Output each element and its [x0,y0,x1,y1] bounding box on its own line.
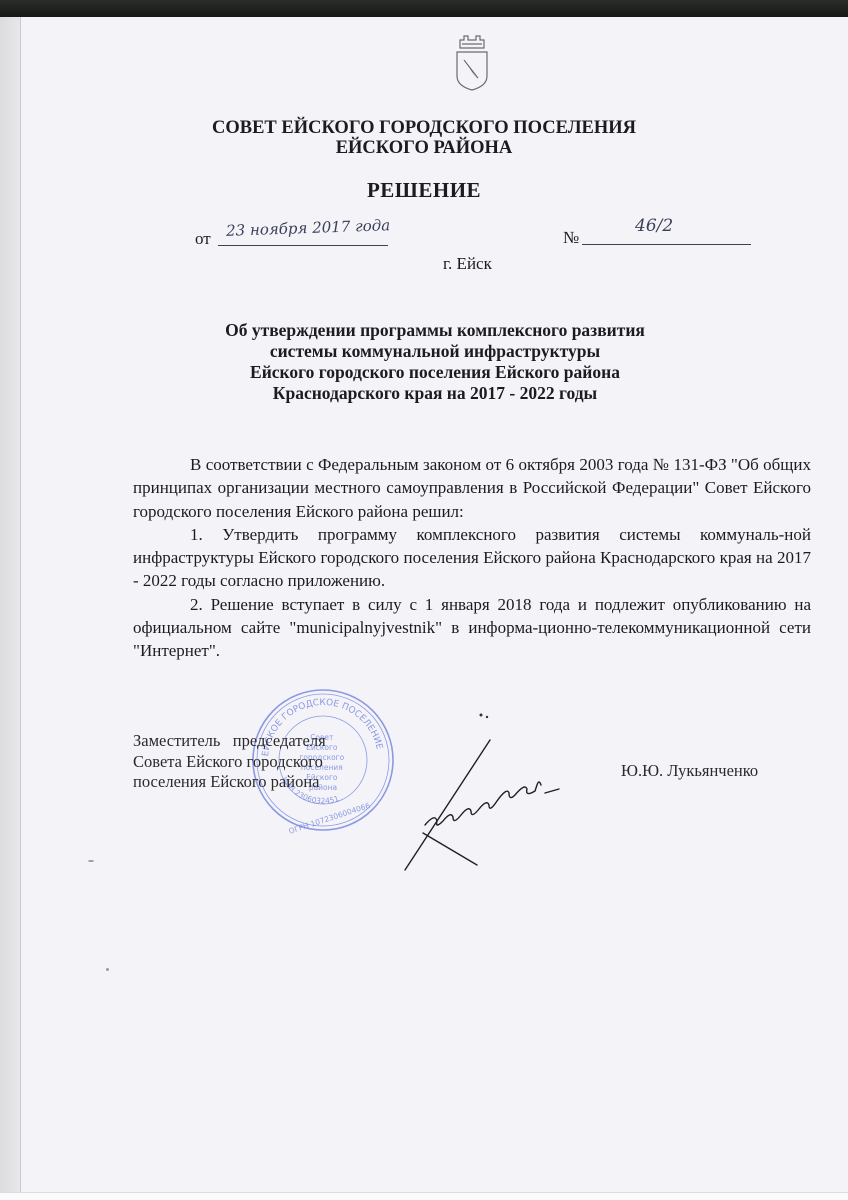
clause-2: 2. Решение вступает в силу с 1 января 20… [133,593,811,663]
title-line: Об утверждении программы комплексного ра… [0,320,848,341]
organization-name-line2: ЕЙСКОГО РАЙОНА [0,138,848,158]
title-line: Ейского городского поселения Ейского рай… [0,362,848,383]
signatory-position: Заместитель председателя Совета Ейского … [133,731,326,793]
number-label: № [563,228,579,248]
scan-speck [88,860,94,862]
position-line: Совета Ейского городского [133,752,326,773]
signatory-name: Ю.Ю. Лукьянченко [621,761,758,781]
scan-speck [106,968,109,971]
date-label: от [195,229,211,249]
clause-1: 1. Утвердить программу комплексного разв… [133,523,811,593]
preamble-paragraph: В соответствии с Федеральным законом от … [133,453,811,523]
date-underline [218,245,388,246]
coat-of-arms-icon [452,32,492,94]
scan-top-border [0,0,848,17]
handwritten-signature [395,705,635,875]
city: г. Ейск [443,254,492,274]
decision-body: В соответствии с Федеральным законом от … [133,453,811,663]
decision-title: Об утверждении программы комплексного ра… [0,320,848,404]
position-line: Заместитель председателя [133,731,326,752]
number-handwritten: 46/2 [635,216,673,236]
scan-bottom-edge [0,1192,848,1200]
organization-name-line1: СОВЕТ ЕЙСКОГО ГОРОДСКОГО ПОСЕЛЕНИЯ [0,118,848,138]
number-underline [582,244,751,245]
title-line: Краснодарского края на 2017 - 2022 годы [0,383,848,404]
position-line: поселения Ейского района [133,772,326,793]
title-line: системы коммунальной инфраструктуры [0,341,848,362]
document-type: РЕШЕНИЕ [0,180,848,200]
